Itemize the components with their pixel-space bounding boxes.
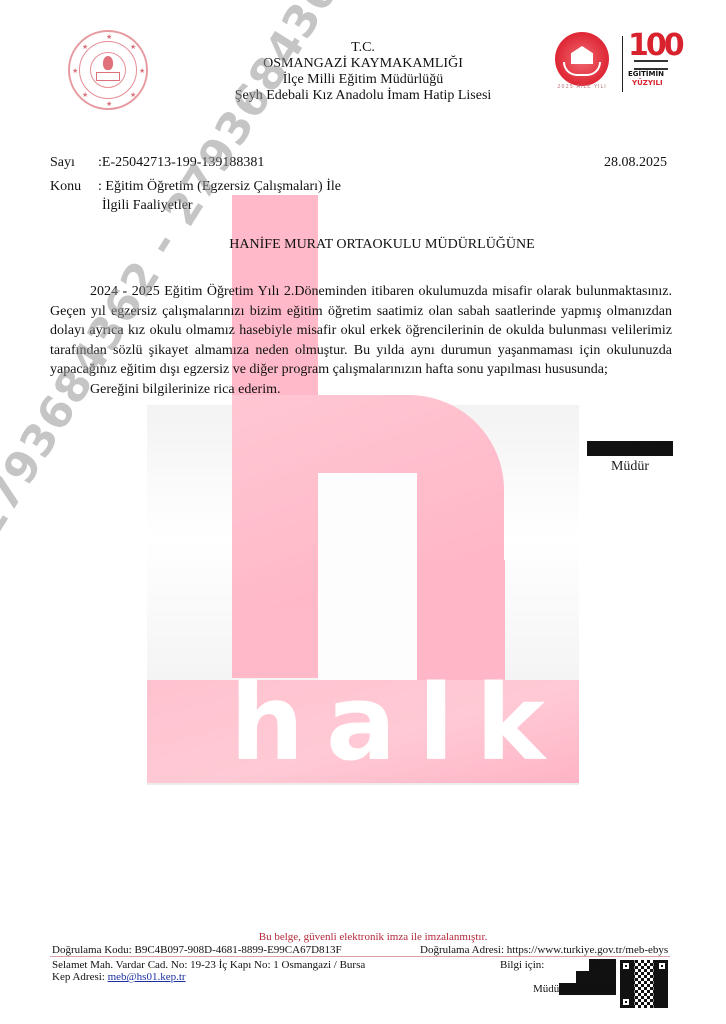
verification-address-label: Doğrulama Adresi: [420, 944, 504, 956]
header-kaymakamlik: OSMANGAZİ KAYMAKAMLIĞI [0, 56, 726, 72]
open-book-icon [634, 60, 668, 70]
konu-label: Konu [50, 178, 98, 196]
aile-yili-caption: 2025 AİLE YILI [548, 84, 616, 90]
body-closing: Gereğini bilgilerinize rica ederim. [50, 380, 672, 400]
kep-label: Kep Adresi: [52, 971, 105, 983]
watermark-brand-text: halk [230, 668, 550, 778]
signature-block: Hanife ŞEKER Müdür [570, 440, 690, 476]
header-school: Şeyh Edebali Kız Anadolu İmam Hatip Lise… [0, 88, 726, 104]
aile-yili-logo-icon [555, 32, 609, 86]
watermark-logo-h-counter [318, 473, 417, 683]
verification-code: Doğrulama Kodu: B9C4B097-908D-4681-8899-… [52, 944, 342, 956]
logo-divider [622, 36, 623, 92]
kep-email-link[interactable]: meb@hs01.kep.tr [108, 971, 186, 983]
info-title: Müdür Yardımcısı [533, 983, 613, 995]
verification-code-value: B9C4B097-908D-4681-8899-E99CA67D813F [134, 944, 341, 956]
kep-address: Kep Adresi: meb@hs01.kep.tr [52, 971, 186, 983]
header-tc: T.C. [0, 40, 726, 56]
egitimin-yuzyili-line2: YÜZYILI [632, 79, 663, 87]
header-directorate: İlçe Milli Eğitim Müdürlüğü [0, 72, 726, 88]
esign-notice: Bu belge, güvenli elektronik imza ile im… [0, 931, 726, 943]
verification-address: Doğrulama Adresi: https://www.turkiye.go… [420, 944, 668, 956]
school-address: Selamet Mah. Vardar Cad. No: 19-23 İç Ka… [52, 959, 365, 971]
verification-code-label: Doğrulama Kodu: [52, 944, 132, 956]
document-header: T.C. OSMANGAZİ KAYMAKAMLIĞI İlçe Milli E… [0, 40, 726, 104]
egitimin-yuzyili-line1: EĞİTİMİN [628, 70, 664, 78]
sayi-label: Sayı [50, 154, 98, 172]
signatory-name-redacted: Hanife ŞEKER [587, 441, 673, 456]
qr-code-icon[interactable] [620, 960, 668, 1008]
document-date: 28.08.2025 [604, 154, 667, 172]
info-contact: Bilgi için: [500, 959, 544, 971]
footer-divider [50, 956, 670, 957]
verification-address-link[interactable]: https://www.turkiye.gov.tr/meb-ebys [507, 944, 668, 956]
info-label: Bilgi için: [500, 959, 544, 971]
egitimin-yuzyili-number: 100 [628, 28, 682, 63]
addressee: HANİFE MURAT ORTAOKULU MÜDÜRLÜĞÜNE [0, 237, 726, 253]
signatory-title: Müdür [570, 458, 690, 476]
